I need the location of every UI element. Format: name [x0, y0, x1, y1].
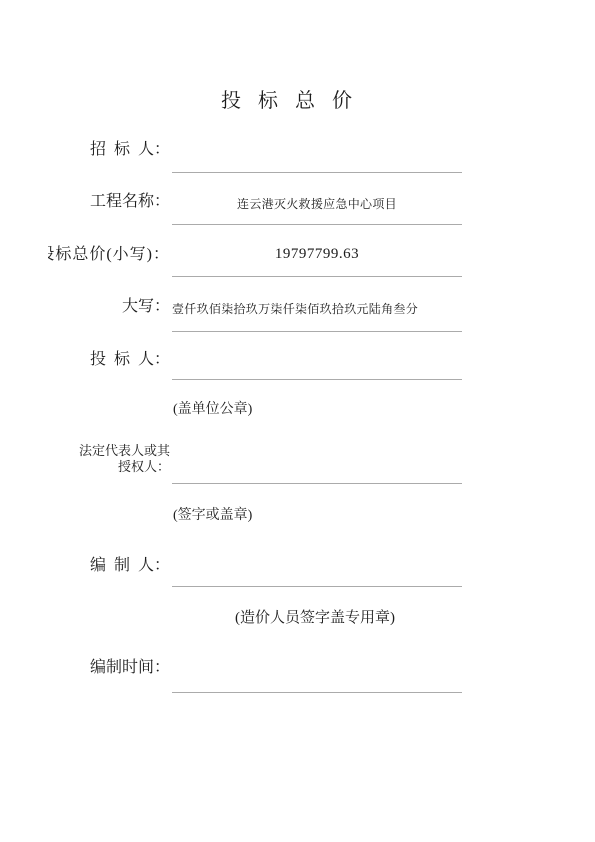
bid-total-numeric-label: 投标总价(小写)：: [48, 245, 170, 277]
tenderee-label: 招 标 人：: [48, 140, 170, 173]
preparer-label: 编 制 人：: [48, 556, 170, 587]
form-row-tenderee: 招 标 人：: [48, 140, 462, 173]
prepare-date-fill-line: [172, 658, 462, 693]
bid-total-numeric-fill-line: 19797799.63: [172, 245, 462, 277]
document-page: 投 标 总 价 招 标 人： 工程名称： 连云港灭火救援应急中心项目 投标总价(…: [0, 0, 595, 842]
form-row-legal-representative: 法定代表人或其授权人：: [48, 443, 462, 484]
document-title: 投 标 总 价: [0, 84, 574, 113]
bidder-fill-line: [172, 350, 462, 380]
company-seal-note: (盖单位公章): [173, 398, 252, 418]
form-row-bid-total-numeric: 投标总价(小写)： 19797799.63: [48, 245, 462, 277]
project-name-value: 连云港灭火救援应急中心项目: [237, 192, 397, 212]
bid-total-numeric-value: 19797799.63: [275, 245, 359, 263]
form-row-project-name: 工程名称： 连云港灭火救援应急中心项目: [48, 192, 462, 225]
bidder-label: 投 标 人：: [48, 350, 170, 380]
preparer-fill-line: [172, 556, 462, 587]
form-row-prepare-date: 编制时间：: [48, 658, 462, 693]
bid-total-words-label: 大写：: [48, 297, 170, 332]
form-row-bidder: 投 标 人：: [48, 350, 462, 380]
project-name-label: 工程名称：: [48, 192, 170, 225]
prepare-date-label: 编制时间：: [48, 658, 170, 693]
tenderee-fill-line: [172, 140, 462, 173]
project-name-fill-line: 连云港灭火救援应急中心项目: [172, 192, 462, 225]
bid-total-words-fill-line: 壹仟玖佰柒拾玖万柒仟柒佰玖拾玖元陆角叁分: [172, 297, 462, 332]
cost-engineer-seal-note: (造价人员签字盖专用章): [235, 606, 395, 627]
bid-total-words-value: 壹仟玖佰柒拾玖万柒仟柒佰玖拾玖元陆角叁分: [172, 297, 418, 317]
legal-representative-label: 法定代表人或其授权人：: [48, 443, 170, 484]
form-row-bid-total-words: 大写： 壹仟玖佰柒拾玖万柒仟柒佰玖拾玖元陆角叁分: [48, 297, 462, 332]
form-row-preparer: 编 制 人：: [48, 556, 462, 587]
legal-representative-fill-line: [172, 443, 462, 484]
sign-or-seal-note: (签字或盖章): [173, 504, 252, 524]
